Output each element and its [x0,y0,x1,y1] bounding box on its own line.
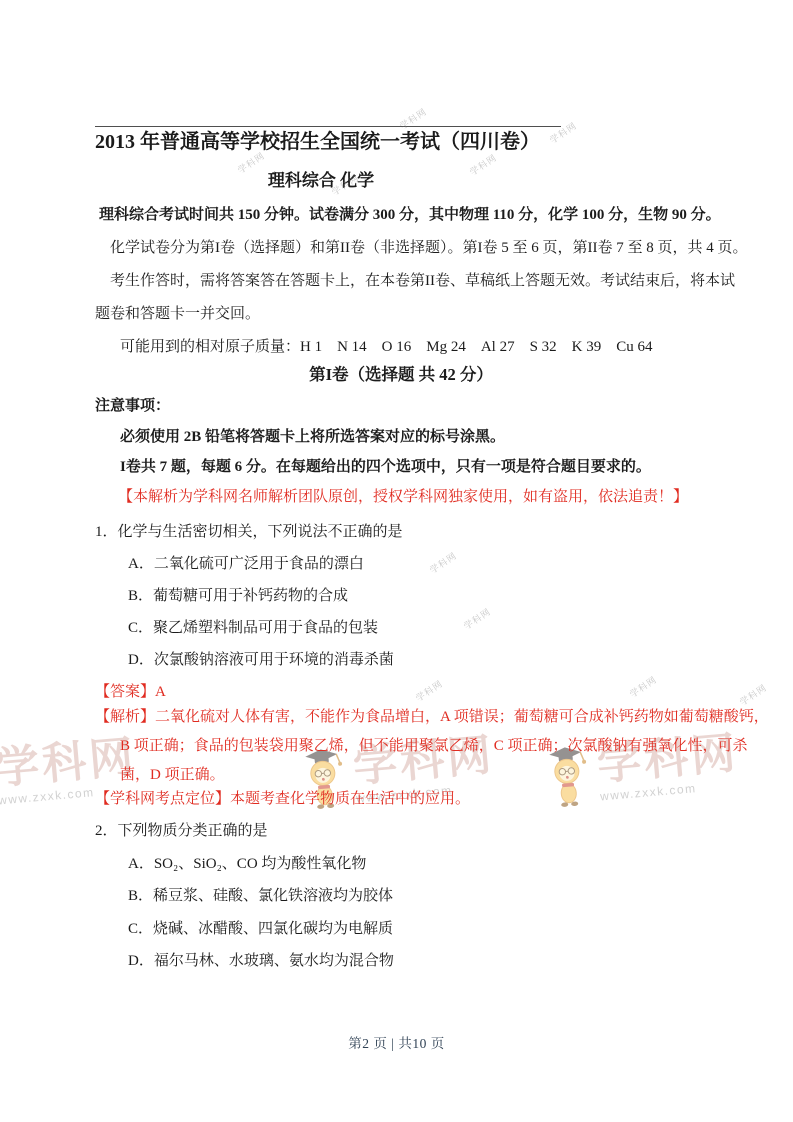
paper-structure-line: 化学试卷分为第I卷（选择题）和第II卷（非选择题）。第I卷 5 至 6 页，第I… [95,237,707,259]
answer-instruction-line2: 题卷和答题卡一并交回。 [95,303,707,325]
question-2-option-a: A．SO₂、SiO₂、CO 均为酸性氧化物 [95,853,707,875]
question-1-analysis-line1: 【解析】二氧化硫对人体有害，不能作为食品增白，A 项错误；葡萄糖可合成补钙药物如… [95,706,707,728]
section1-heading: 第I卷（选择题 共 42 分） [95,363,707,387]
note-question-count: I卷共 7 题，每题 6 分。在每题给出的四个选项中，只有一项是符合题目要求的。 [95,456,707,478]
page-footer: 第2 页 | 共10 页 [0,1032,793,1052]
answer-instruction-line1: 考生作答时，需将答案答在答题卡上，在本卷第II卷、草稿纸上答题无效。考试结束后，… [95,270,707,292]
question-1-answer: 【答案】A [95,681,707,703]
atomic-masses-line: 可能用到的相对原子质量：H 1 N 14 O 16 Mg 24 Al 27 S … [95,336,707,358]
document-body: 2013 年普通高等学校招生全国统一考试（四川卷） 理科综合 化学 理科综合考试… [0,126,793,972]
page-subtitle: 理科综合 化学 [95,169,547,193]
header-rule [95,126,561,127]
question-2-option-b: B．稀豆浆、硅酸、氯化铁溶液均为胶体 [95,885,707,907]
exam-info-line: 理科综合考试时间共 150 分钟。试卷满分 300 分，其中物理 110 分，化… [95,204,707,226]
question-1-option-a: A．二氧化硫可广泛用于食品的漂白 [95,553,707,575]
question-2-stem: 2．下列物质分类正确的是 [95,820,707,842]
question-1-keypoint: 【学科网考点定位】本题考查化学物质在生活中的应用。 [95,788,707,810]
question-1-analysis-line2: B 项正确；食品的包装袋用聚乙烯，但不能用聚氯乙烯，C 项正确；次氯酸钠有强氧化… [95,735,707,757]
page-title: 2013 年普通高等学校招生全国统一考试（四川卷） [95,129,707,155]
question-2-option-d: D．福尔马林、水玻璃、氨水均为混合物 [95,950,707,972]
copyright-notice: 【本解析为学科网名师解析团队原创，授权学科网独家使用，如有盗用，依法追责！】 [95,486,707,508]
question-1-stem: 1．化学与生活密切相关，下列说法不正确的是 [95,521,707,543]
question-1-option-d: D．次氯酸钠溶液可用于环境的消毒杀菌 [95,649,707,671]
question-2-option-c: C．烧碱、冰醋酸、四氯化碳均为电解质 [95,918,707,940]
note-use-2b: 必须使用 2B 铅笔将答题卡上将所选答案对应的标号涂黑。 [95,426,707,448]
question-1-option-b: B．葡萄糖可用于补钙药物的合成 [95,585,707,607]
question-1-analysis-line3: 菌，D 项正确。 [95,764,707,786]
page-number: 第2 页 | 共10 页 [348,1036,444,1051]
question-1-option-c: C．聚乙烯塑料制品可用于食品的包装 [95,617,707,639]
exam-page: 学科网 www.zxxk.com 学科网 www.zxxk.com [0,0,793,1122]
notes-title: 注意事项： [95,395,707,417]
